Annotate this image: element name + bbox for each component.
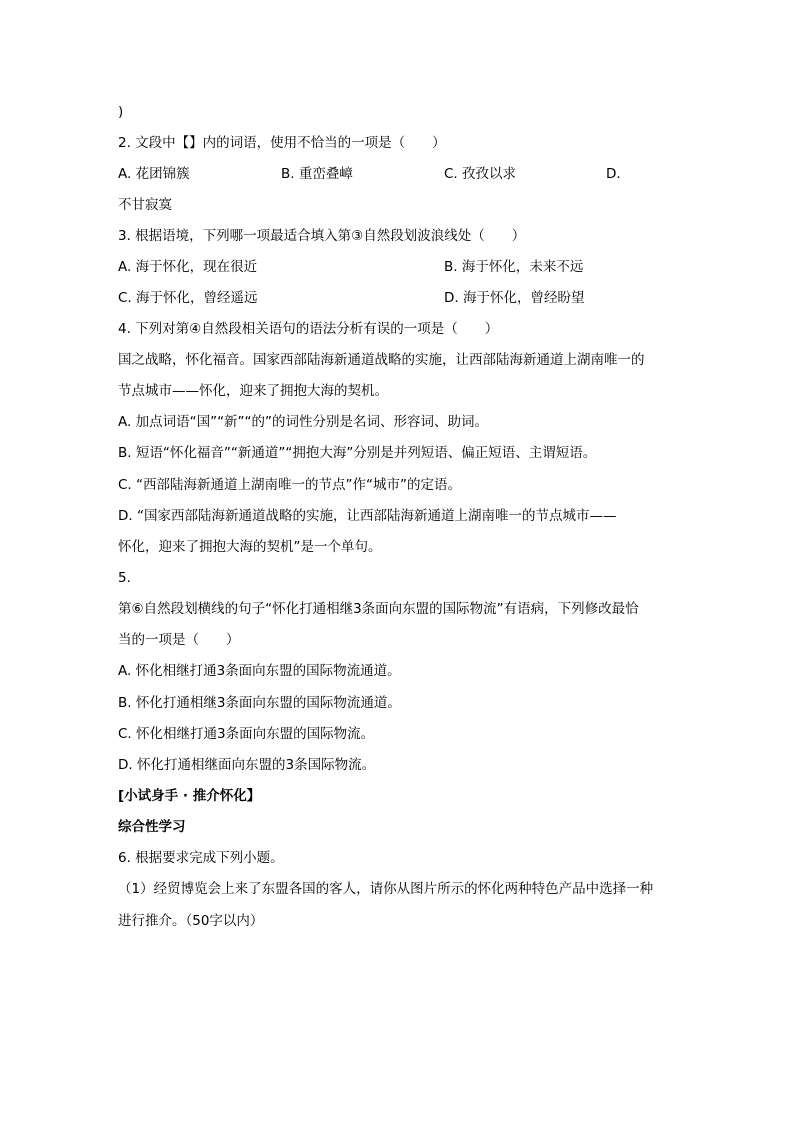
- question-2-option-a: A. 花团锦簇: [118, 165, 190, 183]
- question-4-option-d-line-2: 怀化，迎来了拥抱大海的契机”是一个单句。: [118, 538, 382, 556]
- question-2-stem: 2. 文段中【】内的词语，使用不恰当的一项是（ ）: [118, 134, 446, 152]
- question-3-option-a: A. 海于怀化，现在很近: [118, 258, 257, 276]
- question-5-stem-line-2: 当的一项是（ ）: [118, 631, 240, 649]
- question-2-option-b: B. 重峦叠嶂: [281, 165, 353, 183]
- question-4-option-d-line-1: D. “国家西部陆海新通道战略的实施，让西部陆海新通道上湖南唯一的节点城市——: [118, 507, 616, 525]
- question-5-number: 5.: [118, 569, 131, 587]
- question-2-option-d-label: D.: [606, 165, 621, 183]
- question-4-option-a: A. 加点词语“国”“新”“的”的词性分别是名词、形容词、助词。: [118, 413, 488, 431]
- question-4-passage-line-1: 国之战略，怀化福音。国家西部陆海新通道战略的实施，让西部陆海新通道上湖南唯一的: [118, 351, 645, 369]
- question-5-stem-line-1: 第⑥自然段划横线的句子“怀化打通相继3条面向东盟的国际物流”有语病，下列修改最恰: [118, 600, 639, 618]
- question-3-option-d: D. 海于怀化，曾经盼望: [444, 289, 584, 307]
- question-4-stem: 4. 下列对第④自然段相关语句的语法分析有误的一项是（ ）: [118, 320, 498, 338]
- question-6-sub1-line-2: 进行推介。（50字以内）: [118, 912, 263, 930]
- question-4-option-c: C. “西部陆海新通道上湖南唯一的节点”作“城市”的定语。: [118, 476, 461, 494]
- question-6-sub1-line-1: （1）经贸博览会上来了东盟各国的客人，请你从图片所示的怀化两种特色产品中选择一种: [118, 880, 653, 898]
- document-page: ) 2. 文段中【】内的词语，使用不恰当的一项是（ ） A. 花团锦簇 B. 重…: [0, 0, 794, 1123]
- section-subheading: 综合性学习: [118, 818, 186, 836]
- closing-paren-line: ): [118, 103, 123, 121]
- question-4-passage-line-2: 节点城市——怀化，迎来了拥抱大海的契机。: [118, 382, 388, 400]
- question-2-option-d-text: 不甘寂寞: [118, 196, 172, 214]
- section-heading: [小试身手 · 推介怀化】: [118, 787, 260, 805]
- question-5-option-b: B. 怀化打通相继3条面向东盟的国际物流通道。: [118, 694, 401, 712]
- question-2-option-c: C. 孜孜以求: [444, 165, 516, 183]
- question-5-option-a: A. 怀化相继打通3条面向东盟的国际物流通道。: [118, 662, 401, 680]
- question-4-option-b: B. 短语“怀化福音”“新通道”“拥抱大海”分别是并列短语、偏正短语、主谓短语。: [118, 444, 596, 462]
- question-3-stem: 3. 根据语境，下列哪一项最适合填入第③自然段划波浪线处（ ）: [118, 227, 525, 245]
- question-3-option-b: B. 海于怀化，未来不远: [444, 258, 583, 276]
- question-5-option-c: C. 怀化相继打通3条面向东盟的国际物流。: [118, 725, 374, 743]
- question-5-option-d: D. 怀化打通相继面向东盟的3条国际物流。: [118, 756, 375, 774]
- question-6-stem: 6. 根据要求完成下列小题。: [118, 849, 284, 867]
- question-3-option-c: C. 海于怀化，曾经遥远: [118, 289, 258, 307]
